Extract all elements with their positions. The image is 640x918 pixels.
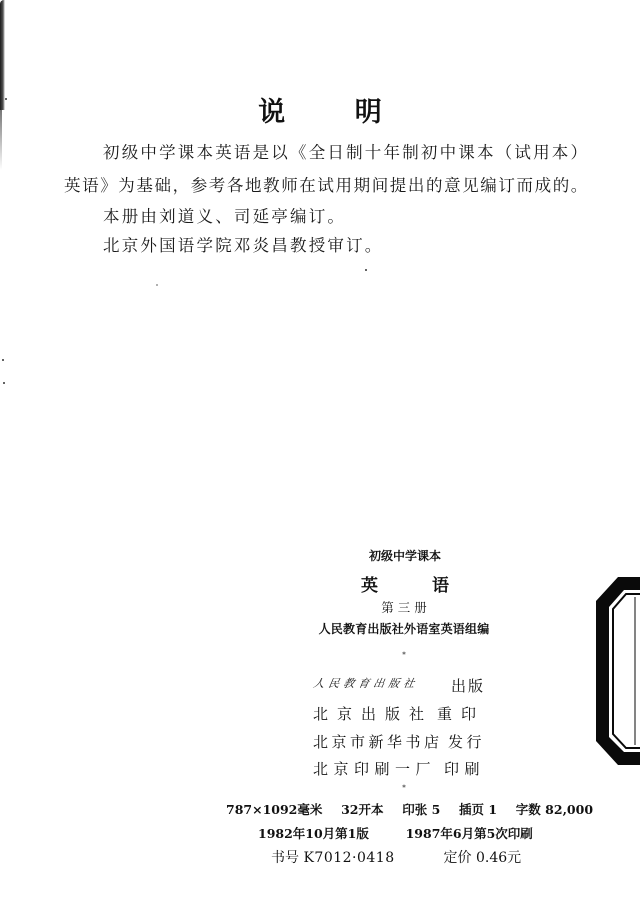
price-label: 定价 [444, 850, 472, 866]
sheets-label: 印张 [402, 802, 427, 817]
page-title: 说 明 [0, 90, 640, 129]
format-size: 787×1092毫米 [226, 802, 322, 817]
intro-paragraph-line-2: 英语》为基础，参考各地教师在试用期间提出的意见编订而成的。 [64, 172, 589, 196]
reprinter-role: 重印 [437, 703, 485, 724]
price: 0.46元 [476, 850, 521, 866]
separator-star: * [0, 651, 640, 659]
series-name: 初级中学课本 [0, 547, 640, 564]
first-edition: 1982年10月第1版 [258, 826, 369, 841]
reprinter-line: 北京出版社 重印 [313, 703, 485, 724]
book-title: 英 语 [0, 571, 640, 596]
distributor-line: 北京市新华书店 发行 [313, 731, 485, 752]
scan-speck [365, 269, 367, 271]
intro-paragraph-line-1: 初级中学课本英语是以《全日制十年制初中课本（试用本） [103, 139, 589, 163]
book-number-label: 书号 [271, 850, 299, 866]
book-number: K7012·0418 [303, 850, 394, 866]
inserts-label: 插页 [459, 802, 484, 817]
page-edge-tab [596, 577, 640, 765]
printer-name: 北京印刷一厂 [313, 758, 436, 779]
sheets-value: 5 [432, 802, 441, 817]
reviewer-paragraph: 北京外国语学院邓炎昌教授审订。 [103, 232, 384, 256]
compilers-paragraph: 本册由刘道义、司延亭编订。 [103, 203, 346, 227]
word-count-label: 字数 [516, 802, 541, 817]
distributor-name: 北京市新华书店 [313, 731, 443, 752]
separator-star: * [0, 784, 640, 792]
spec-line: 787×1092毫米 32开本 印张 5 插页 1 字数 82,000 [226, 800, 593, 818]
book-number-line: 书号 K7012·0418 定价 0.46元 [271, 847, 521, 867]
printing-edition: 1987年6月第5次印刷 [406, 826, 533, 841]
scan-speck [2, 359, 4, 361]
scan-speck [156, 284, 158, 286]
reprinter-name: 北京出版社 [313, 703, 433, 724]
volume-number: 第三册 [0, 598, 640, 616]
publisher-name: 人民教育出版社 [311, 675, 420, 696]
publisher-line: 人民教育出版社 出版 [313, 675, 485, 696]
printer-role: 印刷 [444, 758, 485, 779]
publisher-role: 出版 [451, 675, 485, 696]
distributor-role: 发行 [448, 731, 485, 752]
inserts-value: 1 [488, 802, 497, 817]
edition-line: 1982年10月第1版 1987年6月第5次印刷 [258, 824, 533, 842]
scan-speck [3, 382, 5, 384]
editor-credit: 人民教育出版社外语室英语组编 [0, 620, 640, 637]
word-count-value: 82,000 [545, 802, 593, 817]
printer-line: 北京印刷一厂 印刷 [313, 758, 485, 779]
folio: 32开本 [341, 802, 383, 817]
